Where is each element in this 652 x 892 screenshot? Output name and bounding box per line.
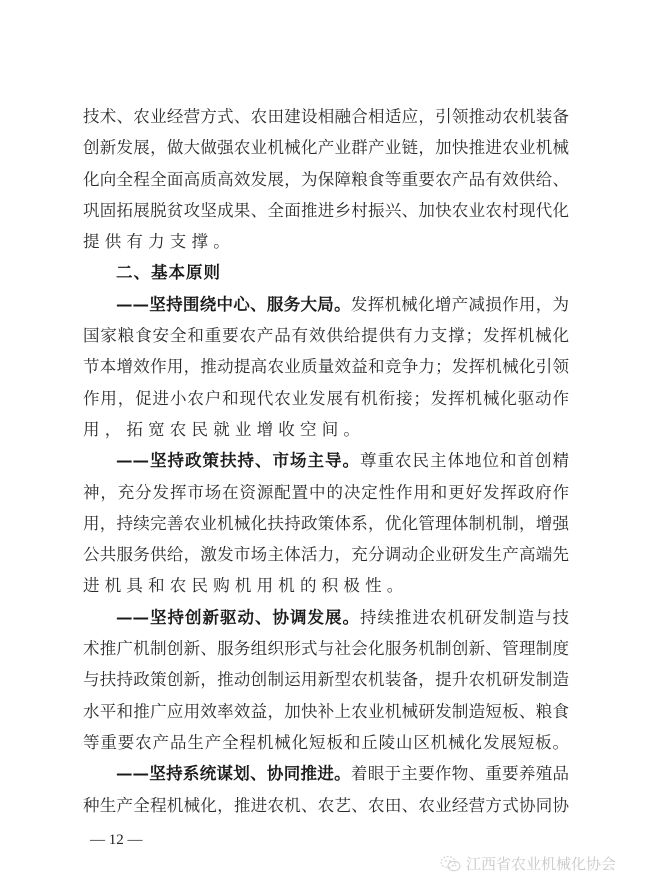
principle-title: ——坚持政策扶持、市场主导。 xyxy=(116,451,360,470)
principle-text: 持续推进农机研发制造与技 xyxy=(360,608,569,627)
intro-line: 技术、农业经营方式、农田建设相融合相适应，引领推动农机装备 xyxy=(83,101,569,132)
principle-first-line: ——坚持创新驱动、协调发展。持续推进农机研发制造与技 xyxy=(83,602,569,633)
principle-line: 进机具和农民购机用机的积极性。 xyxy=(83,570,569,601)
principle-line: 节本增效作用，推动提高农业质量效益和竞争力；发挥机械化引领 xyxy=(83,351,569,382)
principle-line: 作用，促进小农户和现代农业发展有机衔接；发挥机械化驱动作 xyxy=(83,383,569,414)
principle-first-line: ——坚持系统谋划、协同推进。着眼于主要作物、重要养殖品 xyxy=(83,758,569,789)
principle-line: 与扶持政策创新，推动创制运用新型农机装备，提升农机研发制造 xyxy=(83,664,569,695)
wechat-icon xyxy=(440,855,462,873)
principle-text: 着眼于主要作物、重要养殖品 xyxy=(351,764,569,783)
section-heading: 二、基本原则 xyxy=(83,257,569,288)
watermark-text: 江西省农业机械化协会 xyxy=(466,853,616,874)
watermark: 江西省农业机械化协会 xyxy=(440,853,616,874)
document-body: 技术、农业经营方式、农田建设相融合相适应，引领推动农机装备 创新发展，做大做强农… xyxy=(83,101,569,821)
intro-line: 创新发展，做大做强农业机械化产业群产业链，加快推进农业机械 xyxy=(83,132,569,163)
principle-title: ——坚持系统谋划、协同推进。 xyxy=(116,764,351,783)
principle-title: ——坚持创新驱动、协调发展。 xyxy=(116,608,360,627)
principle-line: 公共服务供给，激发市场主体活力，充分调动企业研发生产高端先 xyxy=(83,539,569,570)
principle-line: 水平和推广应用效率效益，加快补上农业机械研发制造短板、粮食 xyxy=(83,696,569,727)
principle-line: 用，持续完善农业机械化扶持政策体系，优化管理体制机制，增强 xyxy=(83,508,569,539)
principle-text: 尊重农民主体地位和首创精 xyxy=(360,451,569,470)
principle-line: 神，充分发挥市场在资源配置中的决定性作用和更好发挥政府作 xyxy=(83,477,569,508)
principle-first-line: ——坚持政策扶持、市场主导。尊重农民主体地位和首创精 xyxy=(83,445,569,476)
intro-line: 提供有力支撑。 xyxy=(83,226,569,257)
principle-line: 等重要农产品生产全程机械化短板和丘陵山区机械化发展短板。 xyxy=(83,727,569,758)
principle-line: 术推广机制创新、服务组织形式与社会化服务机制创新、管理制度 xyxy=(83,633,569,664)
intro-line: 化向全程全面高质高效发展，为保障粮食等重要农产品有效供给、 xyxy=(83,164,569,195)
intro-line: 巩固拓展脱贫攻坚成果、全面推进乡村振兴、加快农业农村现代化 xyxy=(83,195,569,226)
principle-line: 国家粮食安全和重要农产品有效供给提供有力支撑；发挥机械化 xyxy=(83,320,569,351)
principle-title: ——坚持围绕中心、服务大局。 xyxy=(116,295,351,314)
principle-first-line: ——坚持围绕中心、服务大局。发挥机械化增产减损作用，为 xyxy=(83,289,569,320)
principle-line: 用，拓宽农民就业增收空间。 xyxy=(83,414,569,445)
page-number: — 12 — xyxy=(90,832,143,849)
principle-line: 种生产全程机械化，推进农机、农艺、农田、农业经营方式协同协 xyxy=(83,790,569,821)
principle-text: 发挥机械化增产减损作用，为 xyxy=(351,295,569,314)
